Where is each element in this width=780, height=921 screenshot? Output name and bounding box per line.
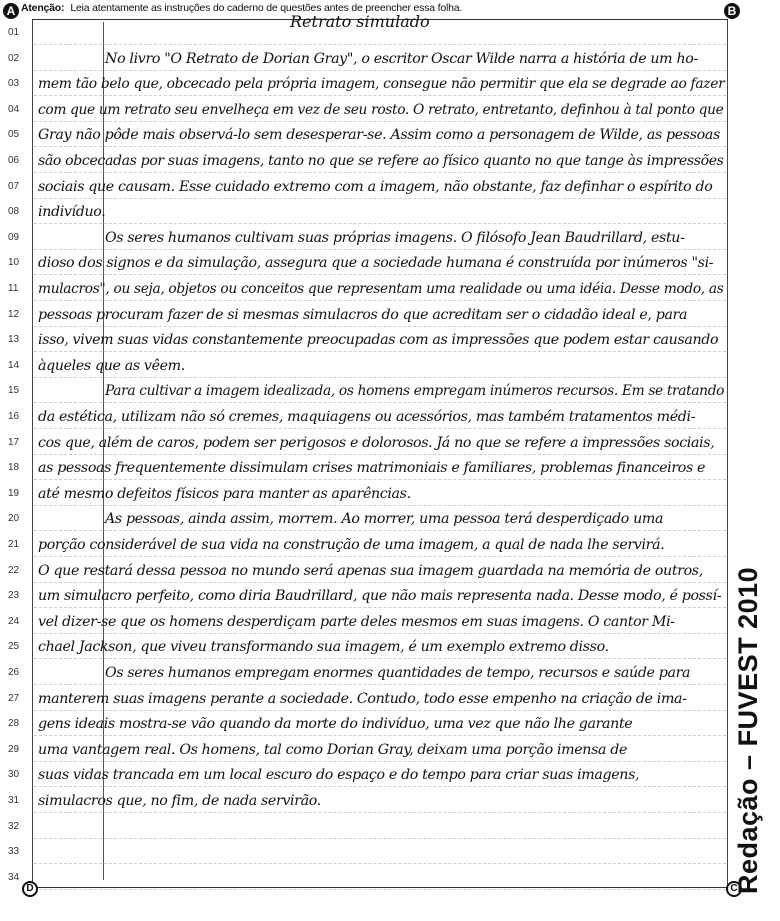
corner-marker-a: A	[3, 3, 19, 19]
line-number: 25	[8, 641, 30, 652]
ruled-line	[34, 889, 726, 890]
ruled-line	[34, 582, 726, 583]
ruled-line	[34, 249, 726, 250]
ruled-line	[34, 761, 726, 762]
line-number: 01	[8, 27, 30, 38]
line-number: 10	[8, 257, 30, 268]
handwritten-line: isso, vivem suas vidas constantemente pr…	[38, 332, 718, 348]
line-number: 16	[8, 411, 30, 422]
line-number: 09	[8, 232, 30, 243]
handwritten-line: Para cultivar a imagem idealizada, os ho…	[105, 383, 724, 399]
line-number: 29	[8, 744, 30, 755]
line-number: 02	[8, 53, 30, 64]
ruled-line	[34, 505, 726, 506]
line-number: 13	[8, 334, 30, 345]
line-number: 32	[8, 821, 30, 832]
handwritten-line: pessoas procuram fazer de si mesmas simu…	[38, 307, 687, 323]
ruled-line	[34, 607, 726, 608]
ruled-line	[34, 121, 726, 122]
ruled-line	[34, 530, 726, 531]
ruled-line	[34, 812, 726, 813]
handwritten-line: uma vantagem real. Os homens, tal como D…	[38, 742, 627, 758]
handwritten-line: um simulacro perfeito, como diria Baudri…	[38, 588, 721, 604]
ruled-line	[34, 402, 726, 403]
handwritten-line: cos que, além de caros, podem ser perigo…	[38, 435, 714, 451]
handwritten-line: Os seres humanos empregam enormes quanti…	[105, 665, 690, 681]
ruled-line	[34, 710, 726, 711]
handwritten-line: mem tão belo que, obcecado pela própria …	[38, 76, 724, 92]
handwritten-line: sociais que causam. Esse cuidado extremo…	[38, 179, 712, 195]
line-number: 21	[8, 539, 30, 550]
handwritten-line: com que um retrato seu envelheça em vez …	[38, 102, 723, 118]
handwritten-line: simulacros que, no fim, de nada servirão…	[38, 793, 321, 809]
line-number: 24	[8, 616, 30, 627]
line-number: 18	[8, 462, 30, 473]
line-number: 22	[8, 565, 30, 576]
ruled-line	[34, 44, 726, 45]
handwritten-line: dioso dos signos e da simulação, assegur…	[38, 255, 713, 271]
ruled-line	[34, 274, 726, 275]
line-number: 11	[8, 283, 30, 294]
line-number: 23	[8, 590, 30, 601]
ruled-line	[34, 428, 726, 429]
line-number: 20	[8, 513, 30, 524]
handwritten-line: suas vidas trancada em um local escuro d…	[38, 767, 639, 783]
handwritten-line: O que restará dessa pessoa no mundo será…	[38, 563, 703, 579]
line-number: 28	[8, 718, 30, 729]
ruled-line	[34, 223, 726, 224]
ruled-line	[34, 556, 726, 557]
handwritten-line: No livro "O Retrato de Dorian Gray", o e…	[105, 51, 698, 67]
handwritten-line: Os seres humanos cultivam suas próprias …	[105, 230, 685, 246]
line-number: 17	[8, 437, 30, 448]
ruled-line	[34, 684, 726, 685]
line-number: 05	[8, 129, 30, 140]
handwritten-line: mulacros", ou seja, objetos ou conceitos…	[38, 281, 723, 297]
ruled-line	[34, 786, 726, 787]
line-number: 26	[8, 667, 30, 678]
handwritten-line: As pessoas, ainda assim, morrem. Ao morr…	[105, 511, 663, 527]
ruled-line	[34, 146, 726, 147]
handwritten-line: manterem suas imagens perante a sociedad…	[38, 691, 687, 707]
ruled-line	[34, 326, 726, 327]
ruled-line	[34, 172, 726, 173]
handwritten-line: até mesmo defeitos físicos para manter a…	[38, 486, 411, 502]
ruled-line	[34, 633, 726, 634]
line-number: 30	[8, 769, 30, 780]
ruled-line	[34, 70, 726, 71]
line-number: 31	[8, 795, 30, 806]
handwritten-line: as pessoas frequentemente dissimulam cri…	[38, 460, 705, 476]
handwritten-line: chael Jackson, que viveu transformando s…	[38, 639, 609, 655]
ruled-line	[34, 863, 726, 864]
ruled-line	[34, 377, 726, 378]
handwritten-line: são obcecadas por suas imagens, tanto no…	[38, 153, 724, 169]
handwritten-line: porção considerável de sua vida na const…	[38, 537, 664, 553]
ruled-line	[34, 454, 726, 455]
corner-marker-d: D	[22, 881, 38, 897]
handwritten-line: gens ideais mostra-se vão quando da mort…	[38, 716, 632, 732]
line-number: 07	[8, 181, 30, 192]
line-number: 15	[8, 385, 30, 396]
ruled-line	[34, 735, 726, 736]
ruled-line	[34, 838, 726, 839]
attention-label: Atenção:	[21, 2, 64, 14]
ruled-line	[34, 479, 726, 480]
corner-marker-b: B	[724, 3, 740, 19]
line-number: 08	[8, 206, 30, 217]
ruled-line	[34, 300, 726, 301]
handwritten-line: da estética, utilizam não só cremes, maq…	[38, 409, 695, 425]
line-number: 12	[8, 309, 30, 320]
handwritten-line: Gray não pôde mais observá-lo sem desesp…	[38, 127, 720, 143]
line-number: 33	[8, 846, 30, 857]
line-number: 04	[8, 104, 30, 115]
line-number: 03	[8, 78, 30, 89]
line-number: 19	[8, 488, 30, 499]
line-number: 06	[8, 155, 30, 166]
ruled-line	[34, 658, 726, 659]
line-number: 27	[8, 693, 30, 704]
line-number: 14	[8, 360, 30, 371]
handwritten-line: indivíduo.	[38, 204, 105, 220]
ruled-line	[34, 95, 726, 96]
exam-side-label: Redação – FUVEST 2010	[733, 567, 764, 894]
ruled-line	[34, 198, 726, 199]
handwritten-line: àqueles que as vêem.	[38, 358, 185, 374]
handwritten-line: vel dizer-se que os homens desperdiçam p…	[38, 614, 675, 630]
ruled-line	[34, 351, 726, 352]
essay-title: Retrato simulado	[290, 12, 430, 31]
